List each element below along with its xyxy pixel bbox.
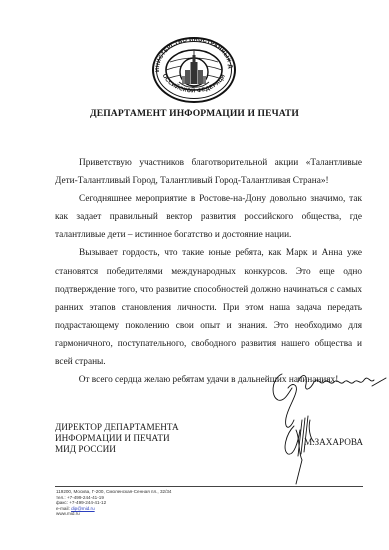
contact-footer: 119200, Москва, Г-200, Смоленская-Сенная… <box>56 489 171 517</box>
greeting-paragraph: Приветствую участников благотворительной… <box>55 154 362 190</box>
handwritten-signature <box>268 368 389 486</box>
footer-email-link[interactable]: dip@mid.ru <box>71 506 95 511</box>
footer-email-label: e-mail: <box>56 506 70 511</box>
body-paragraph-2: Вызывает гордость, что такие юные ребята… <box>55 244 362 371</box>
letter-body: Приветствую участников благотворительной… <box>55 154 362 389</box>
footer-website[interactable]: www.mid.ru <box>56 511 171 517</box>
signatory-title-line: ДИРЕКТОР ДЕПАРТАМЕНТА <box>55 422 179 433</box>
signatory-name: М.ЗАХАРОВА <box>304 437 363 447</box>
signatory-title-line: ИНФОРМАЦИИ И ПЕЧАТИ <box>55 433 179 444</box>
signatory-title-line: МИД РОССИИ <box>55 444 179 455</box>
department-title: ДЕПАРТАМЕНТ ИНФОРМАЦИИ И ПЕЧАТИ <box>0 108 389 119</box>
footer-address: 119200, Москва, Г-200, Смоленская-Сенная… <box>56 489 171 495</box>
signatory-title: ДИРЕКТОР ДЕПАРТАМЕНТА ИНФОРМАЦИИ И ПЕЧАТ… <box>55 422 179 455</box>
footer-divider <box>55 486 363 487</box>
mfa-emblem-icon: МИНИСТЕРСТВО ИНОСТРАННЫХ ДЕЛ РОССИЙСКОЙ … <box>151 34 237 104</box>
body-paragraph-1: Сегодняшнее мероприятие в Ростове-на-Дон… <box>55 190 362 244</box>
